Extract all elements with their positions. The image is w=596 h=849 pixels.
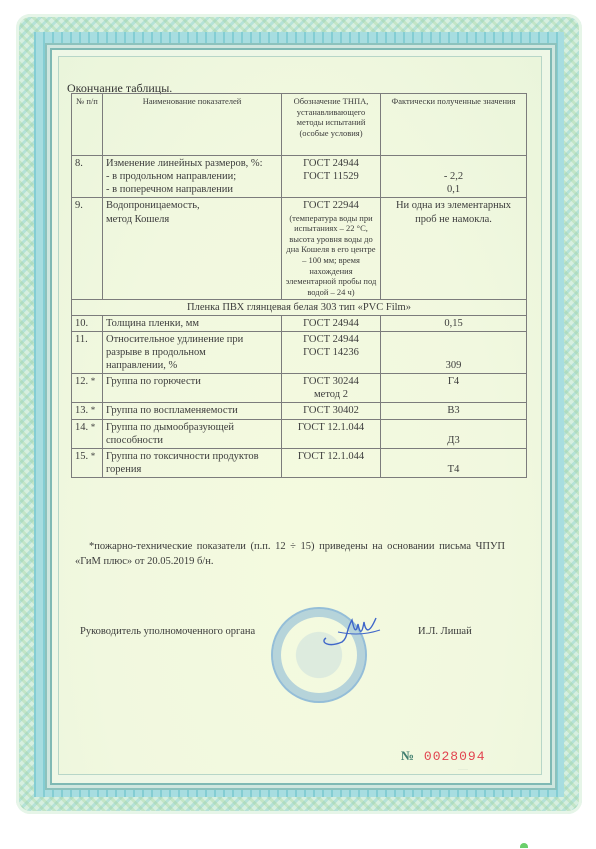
measured-value: Ни одна из элементарных проб не намокла.	[381, 198, 527, 299]
table-row: 10.Толщина пленки, ммГОСТ 249440,15	[72, 315, 527, 331]
indicator-name: Водопроницаемость,метод Кошеля	[103, 198, 282, 299]
serial-prefix: №	[401, 748, 415, 763]
header-name: Наименование показателей	[103, 94, 282, 156]
table-row: 12. *Группа по горючестиГОСТ 30244метод …	[72, 374, 527, 403]
measured-value: Г4	[381, 374, 527, 403]
row-number: 11.	[72, 331, 103, 373]
footnote-marker: *	[91, 405, 96, 415]
measured-value: 309	[381, 331, 527, 373]
indicator-name: Группа по дымообразующейспособности	[103, 419, 282, 448]
test-method: ГОСТ 12.1.044	[282, 448, 381, 477]
measured-value: В3	[381, 403, 527, 419]
test-method: ГОСТ 22944(температура воды при испытани…	[282, 198, 381, 299]
table-row: 14. *Группа по дымообразующейспособности…	[72, 419, 527, 448]
row-number: 13. *	[72, 403, 103, 419]
footnote: *пожарно-технические показатели (п.п. 12…	[75, 540, 505, 569]
header-num: № п/п	[72, 94, 103, 156]
footnote-marker: *	[91, 451, 96, 461]
row-number: 8.	[72, 156, 103, 198]
test-results-table: № п/п Наименование показателей Обозначен…	[71, 93, 527, 478]
measured-value: - 2,20,1	[381, 156, 527, 198]
test-conditions: (температура воды при испытаниях – 22 °С…	[285, 213, 377, 298]
indicator-name: Группа по горючести	[103, 374, 282, 403]
row-number: 9.	[72, 198, 103, 299]
table-body-after-section: 10.Толщина пленки, ммГОСТ 249440,1511.От…	[72, 315, 527, 477]
row-number: 15. *	[72, 448, 103, 477]
measured-value: Д3	[381, 419, 527, 448]
serial-value: 0028094	[424, 749, 486, 764]
table-body-before-section: 8.Изменение линейных размеров, %:- в про…	[72, 156, 527, 300]
table-row: 13. *Группа по воспламеняемостиГОСТ 3040…	[72, 403, 527, 419]
signature-icon	[318, 612, 388, 652]
test-method: ГОСТ 12.1.044	[282, 419, 381, 448]
printer-microtext: ··········	[458, 768, 468, 772]
row-number: 10.	[72, 315, 103, 331]
indicator-name: Относительное удлинение приразрыве в про…	[103, 331, 282, 373]
header-value: Фактически полученные значения	[381, 94, 527, 156]
test-method: ГОСТ 30402	[282, 403, 381, 419]
table-row: 8.Изменение линейных размеров, %:- в про…	[72, 156, 527, 198]
table-row: 9.Водопроницаемость,метод КошеляГОСТ 229…	[72, 198, 527, 299]
section-title: Пленка ПВХ глянцевая белая 303 тип «PVC …	[72, 299, 527, 315]
decorative-mark	[520, 843, 528, 848]
signatory-title: Руководитель уполномоченного органа	[80, 626, 255, 637]
measured-value: Т4	[381, 448, 527, 477]
indicator-name: Изменение линейных размеров, %:- в продо…	[103, 156, 282, 198]
test-method: ГОСТ 24944ГОСТ 14236	[282, 331, 381, 373]
row-number: 14. *	[72, 419, 103, 448]
indicator-name: Группа по токсичности продуктовгорения	[103, 448, 282, 477]
table-section-row: Пленка ПВХ глянцевая белая 303 тип «PVC …	[72, 299, 527, 315]
table-row: 11.Относительное удлинение приразрыве в …	[72, 331, 527, 373]
header-method: Обозначение ТНПА, устанавливающего метод…	[282, 94, 381, 156]
measured-value: 0,15	[381, 315, 527, 331]
footnote-marker: *	[91, 376, 96, 386]
table-header-row: № п/п Наименование показателей Обозначен…	[72, 94, 527, 156]
footnote-marker: *	[91, 422, 96, 432]
table-row: 15. *Группа по токсичности продуктовгоре…	[72, 448, 527, 477]
test-method: ГОСТ 30244метод 2	[282, 374, 381, 403]
signatory-name: И.Л. Лишай	[418, 626, 472, 637]
row-number: 12. *	[72, 374, 103, 403]
indicator-name: Толщина пленки, мм	[103, 315, 282, 331]
serial-number: № 0028094	[401, 748, 486, 764]
indicator-name: Группа по воспламеняемости	[103, 403, 282, 419]
test-method: ГОСТ 24944ГОСТ 11529	[282, 156, 381, 198]
test-method: ГОСТ 24944	[282, 315, 381, 331]
